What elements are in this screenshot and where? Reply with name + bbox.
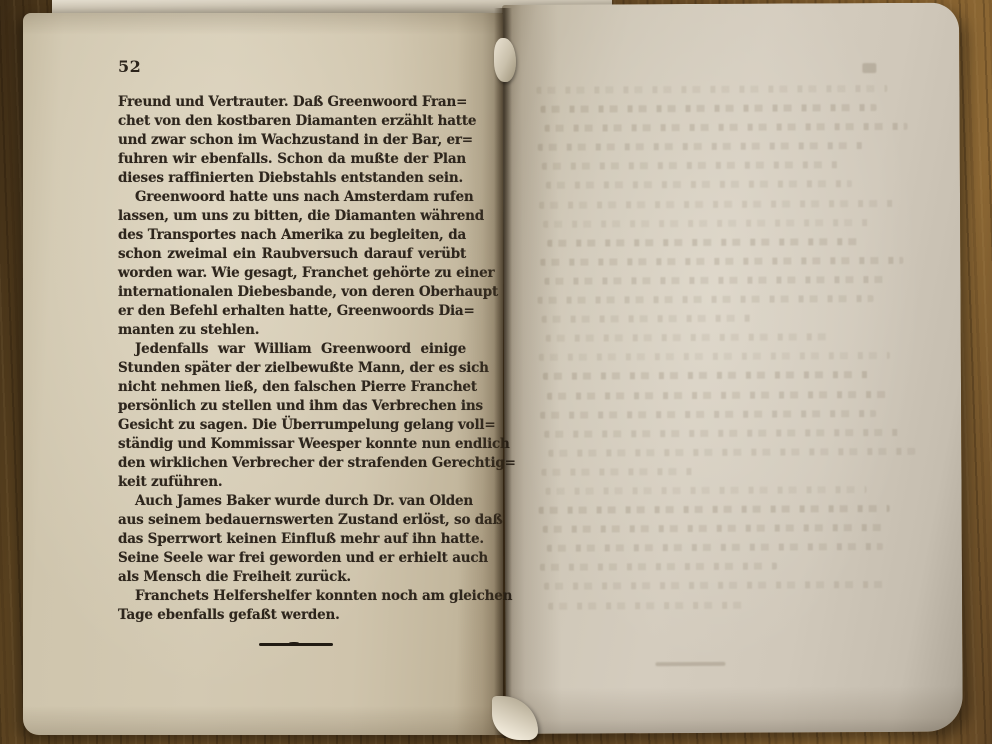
bleed-line xyxy=(547,390,891,399)
bleed-line xyxy=(542,162,840,171)
right-page xyxy=(502,3,963,734)
text-line: Tage ebenfalls gefaßt werden. xyxy=(118,606,466,625)
text-line: keit zuführen. xyxy=(118,473,466,492)
text-line: lassen, um uns zu bitten, die Diamanten … xyxy=(118,207,466,226)
paragraph: Freund und Vertrauter. Daß Greenwoord Fr… xyxy=(118,93,466,188)
bleed-line xyxy=(546,181,852,190)
text-line: worden war. Wie gesagt, Franchet gehörte… xyxy=(118,264,466,283)
bleed-line xyxy=(546,333,833,342)
text-line: Seine Seele war frei geworden und er erh… xyxy=(118,549,466,568)
text-line: Stunden später der zielbewußte Mann, der… xyxy=(118,359,466,378)
bleed-line xyxy=(546,486,867,495)
bleed-line xyxy=(548,448,915,457)
bleed-line xyxy=(538,142,863,151)
text-line: den wirklichen Verbrecher der strafenden… xyxy=(118,454,466,473)
text-line: schon zweimal ein Raubversuch darauf ver… xyxy=(118,245,466,264)
paragraph: Franchets Helfershelfer konnten noch am … xyxy=(118,587,466,625)
bleed-line xyxy=(541,104,877,113)
text-line: des Transportes nach Amerika zu begleite… xyxy=(118,226,466,245)
text-line: aus seinem bedauernswerten Zustand erlös… xyxy=(118,511,466,530)
text-line: chet von den kostbaren Diamanten erzählt… xyxy=(118,112,466,131)
text-line: persönlich zu stellen und ihm das Verbre… xyxy=(118,397,466,416)
text-line: Gesicht zu sagen. Die Überrumpelung gela… xyxy=(118,416,466,435)
text-line: Freund und Vertrauter. Daß Greenwoord Fr… xyxy=(118,93,466,112)
ghost-divider-mark xyxy=(655,662,725,666)
text-line: fuhren wir ebenfalls. Schon da mußte der… xyxy=(118,150,466,169)
bleed-line xyxy=(548,601,747,609)
bleed-line xyxy=(539,200,894,209)
bleed-line xyxy=(547,543,883,552)
text-line: als Mensch die Freiheit zurück. xyxy=(118,568,466,587)
text-line: das Sperrwort keinen Einfluß mehr auf ih… xyxy=(118,530,466,549)
bleed-line xyxy=(540,410,876,419)
left-page: 52 Freund und Vertrauter. Daß Greenwoord… xyxy=(23,13,503,735)
bleed-line xyxy=(541,468,694,476)
bleed-line xyxy=(540,257,903,266)
text-line: und zwar schon im Wachzustand in der Bar… xyxy=(118,131,466,150)
text-line: er den Befehl erhalten hatte, Greenwoord… xyxy=(118,302,466,321)
bleed-line xyxy=(544,581,888,590)
paragraph: Jedenfalls war William Greenwoord einige… xyxy=(118,340,466,492)
text-line: dieses raffinierten Diebstahls entstande… xyxy=(118,169,466,188)
paragraph: Auch James Baker wurde durch Dr. van Old… xyxy=(118,492,466,587)
bleed-line xyxy=(544,276,888,285)
text-line: Auch James Baker wurde durch Dr. van Old… xyxy=(118,492,466,511)
bleed-line xyxy=(543,371,872,380)
bleed-line xyxy=(543,219,872,228)
bleed-through-text xyxy=(536,85,921,622)
text-line: ständig und Kommissar Weesper konnte nun… xyxy=(118,435,466,454)
bleed-line xyxy=(547,238,860,247)
text-line: Franchets Helfershelfer konnten noch am … xyxy=(118,587,466,606)
bleed-line xyxy=(544,429,903,438)
page-number: 52 xyxy=(118,57,141,76)
text-line: internationalen Diebesbande, von deren O… xyxy=(118,283,466,302)
page-curl-top xyxy=(494,38,516,82)
text-block: Freund und Vertrauter. Daß Greenwoord Fr… xyxy=(118,93,466,625)
text-line: nicht nehmen ließ, den falschen Pierre F… xyxy=(118,378,466,397)
ghost-page-number-mark xyxy=(862,63,876,73)
bleed-line xyxy=(539,505,890,514)
bleed-line xyxy=(543,524,887,533)
end-of-chapter-divider xyxy=(259,643,333,646)
paragraph: Greenwoord hatte uns nach Amsterdam rufe… xyxy=(118,188,466,340)
bleed-line xyxy=(538,295,874,304)
text-line: Jedenfalls war William Greenwoord einige xyxy=(118,340,466,359)
bleed-line xyxy=(545,123,908,132)
text-line: Greenwoord hatte uns nach Amsterdam rufe… xyxy=(118,188,466,207)
bleed-line xyxy=(536,85,887,94)
bleed-line xyxy=(542,315,752,323)
bleed-line xyxy=(540,563,777,571)
bleed-line xyxy=(539,352,890,361)
text-line: manten zu stehlen. xyxy=(118,321,466,340)
photo-of-open-book: { "page_left": { "page_number": "52", "p… xyxy=(0,0,992,744)
